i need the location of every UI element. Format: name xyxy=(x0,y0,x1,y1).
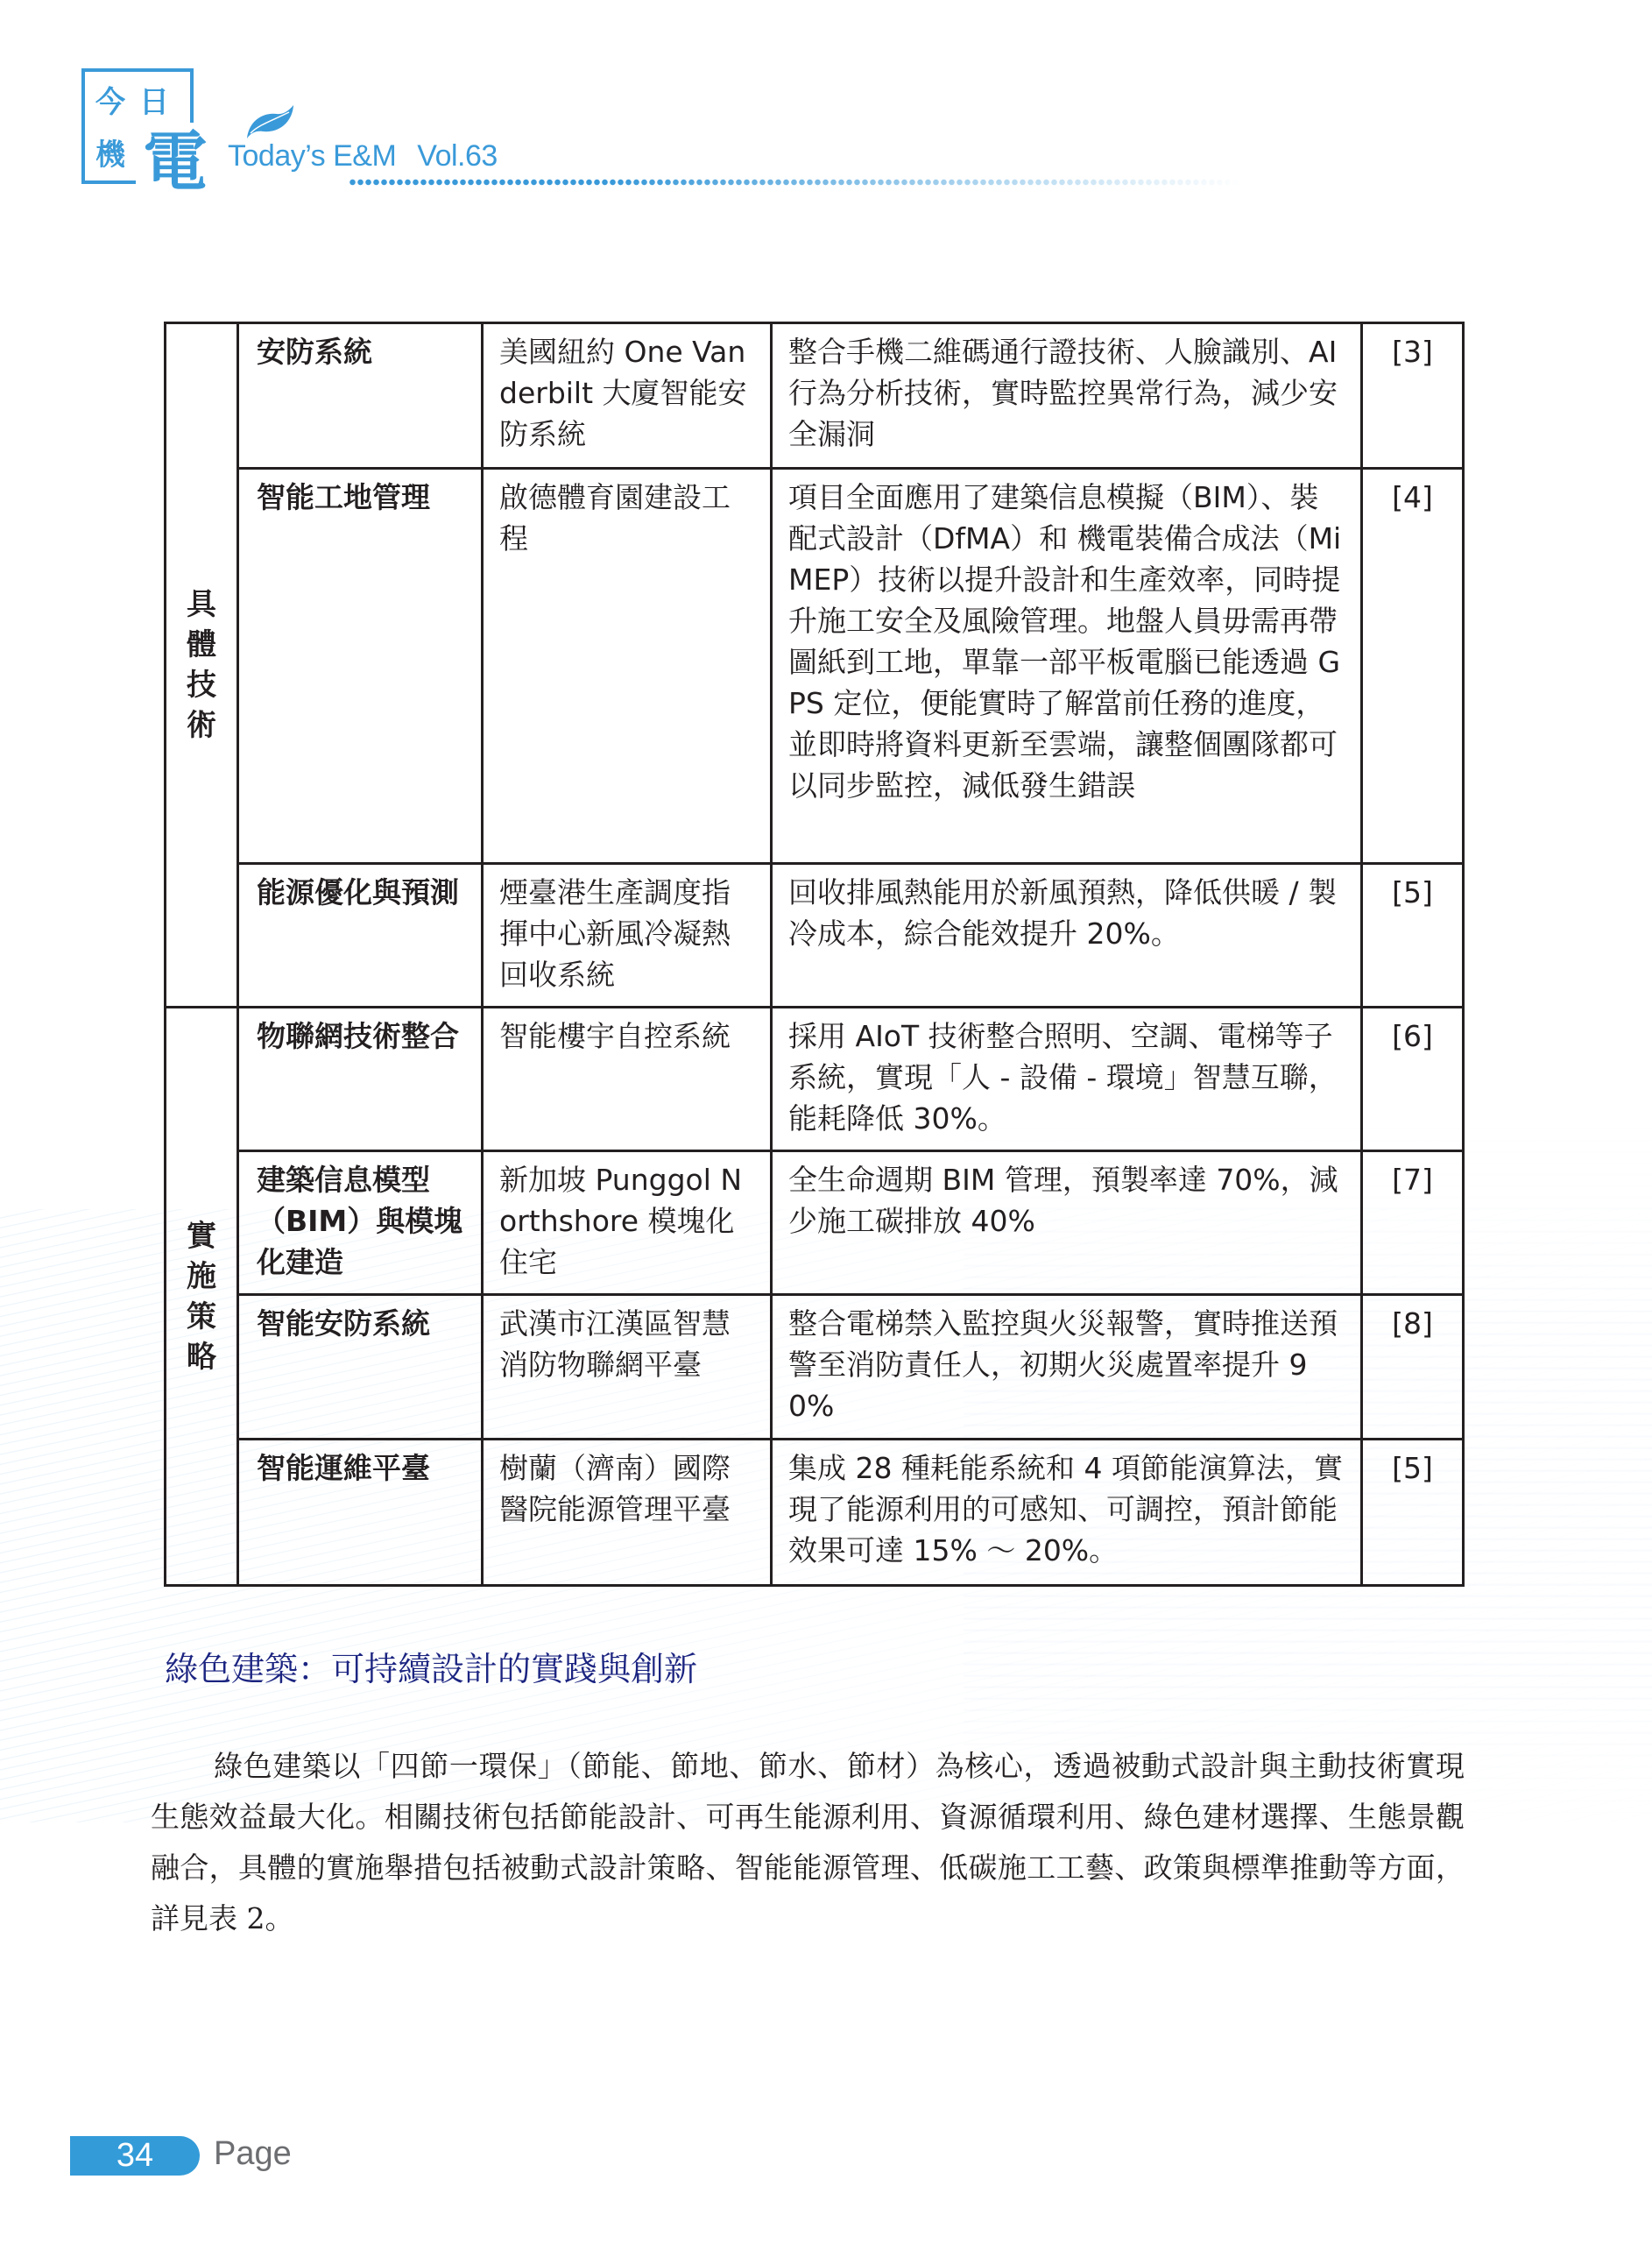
logo-char-ji: 機 xyxy=(95,140,125,170)
case-cell: 智能樓宇自控系統 xyxy=(483,1008,772,1151)
leaf-icon xyxy=(245,103,294,140)
reference-cell: [8] xyxy=(1362,1295,1464,1440)
item-cell: 智能運維平臺 xyxy=(238,1440,483,1586)
table-row: 智能工地管理 啟德體育園建設工程 項目全面應用了建築信息模擬（BIM）、裝配式設… xyxy=(166,469,1464,864)
reference-cell: [5] xyxy=(1362,1440,1464,1586)
category-cell: 實施策略 xyxy=(166,1008,238,1586)
table-row: 智能運維平臺 樹蘭（濟南）國際醫院能源管理平臺 集成 28 種耗能系統和 4 項… xyxy=(166,1440,1464,1586)
table-row: 實施策略 物聯網技術整合 智能樓宇自控系統 採用 AIoT 技術整合照明、空調、… xyxy=(166,1008,1464,1151)
case-cell: 武漢市江漢區智慧消防物聯網平臺 xyxy=(483,1295,772,1440)
description-cell: 集成 28 種耗能系統和 4 項節能演算法，實現了能源利用的可感知、可調控，預計… xyxy=(772,1440,1362,1586)
item-cell: 物聯網技術整合 xyxy=(238,1008,483,1151)
case-cell: 美國紐約 One Vanderbilt 大廈智能安防系統 xyxy=(483,323,772,469)
case-cell: 新加坡 Punggol Northshore 模塊化住宅 xyxy=(483,1151,772,1295)
description-cell: 整合手機二維碼通行證技術、人臉識別、AI 行為分析技術，實時監控異常行為，減少安… xyxy=(772,323,1362,469)
description-cell: 整合電梯禁入監控與火災報警，實時推送預警至消防責任人，初期火災處置率提升 90% xyxy=(772,1295,1362,1440)
table-row: 智能安防系統 武漢市江漢區智慧消防物聯網平臺 整合電梯禁入監控與火災報警，實時推… xyxy=(166,1295,1464,1440)
volume-number: Vol.63 xyxy=(417,139,498,173)
dotted-divider xyxy=(349,179,1242,186)
logo-char-jin: 今 xyxy=(95,88,125,117)
section-heading: 綠色建築：可持續設計的實踐與創新 xyxy=(165,1647,697,1691)
page-number-badge: 34 xyxy=(70,2136,200,2176)
description-cell: 項目全面應用了建築信息模擬（BIM）、裝配式設計（DfMA）和 機電裝備合成法（… xyxy=(772,469,1362,864)
item-cell: 智能安防系統 xyxy=(238,1295,483,1440)
item-cell: 智能工地管理 xyxy=(238,469,483,864)
reference-cell: [4] xyxy=(1362,469,1464,864)
table-row: 具體技術 安防系統 美國紐約 One Vanderbilt 大廈智能安防系統 整… xyxy=(166,323,1464,469)
table-row: 建築信息模型（BIM）與模塊化建造 新加坡 Punggol Northshore… xyxy=(166,1151,1464,1295)
page-label: Page xyxy=(214,2134,292,2174)
category-label: 實施策略 xyxy=(186,1216,217,1377)
case-cell: 煙臺港生產調度指揮中心新風冷凝熱回收系統 xyxy=(483,864,772,1008)
technology-table: 具體技術 安防系統 美國紐約 One Vanderbilt 大廈智能安防系統 整… xyxy=(164,322,1465,1587)
table-row: 能源優化與預測 煙臺港生產調度指揮中心新風冷凝熱回收系統 回收排風熱能用於新風預… xyxy=(166,864,1464,1008)
reference-cell: [3] xyxy=(1362,323,1464,469)
description-cell: 回收排風熱能用於新風預熱，降低供暖 / 製冷成本，綜合能效提升 20%。 xyxy=(772,864,1362,1008)
reference-cell: [6] xyxy=(1362,1008,1464,1151)
description-cell: 採用 AIoT 技術整合照明、空調、電梯等子系統，實現「人 - 設備 - 環境」… xyxy=(772,1008,1362,1151)
logo-char-ri: 日 xyxy=(139,88,169,117)
reference-cell: [5] xyxy=(1362,864,1464,1008)
item-cell: 建築信息模型（BIM）與模塊化建造 xyxy=(238,1151,483,1295)
body-paragraph: 綠色建築以「四節一環保」（節能、節地、節水、節材）為核心，透過被動式設計與主動技… xyxy=(151,1741,1465,1944)
description-cell: 全生命週期 BIM 管理，預製率達 70%，減少施工碳排放 40% xyxy=(772,1151,1362,1295)
magazine-title: Today’s E&MVol.63 xyxy=(228,138,498,173)
item-cell: 能源優化與預測 xyxy=(238,864,483,1008)
case-cell: 啟德體育園建設工程 xyxy=(483,469,772,864)
reference-cell: [7] xyxy=(1362,1151,1464,1295)
category-cell: 具體技術 xyxy=(166,323,238,1008)
item-cell: 安防系統 xyxy=(238,323,483,469)
case-cell: 樹蘭（濟南）國際醫院能源管理平臺 xyxy=(483,1440,772,1586)
category-label: 具體技術 xyxy=(186,584,217,746)
magazine-name: Today’s E&M xyxy=(228,139,396,173)
logo-char-dian: 電 xyxy=(143,130,208,195)
